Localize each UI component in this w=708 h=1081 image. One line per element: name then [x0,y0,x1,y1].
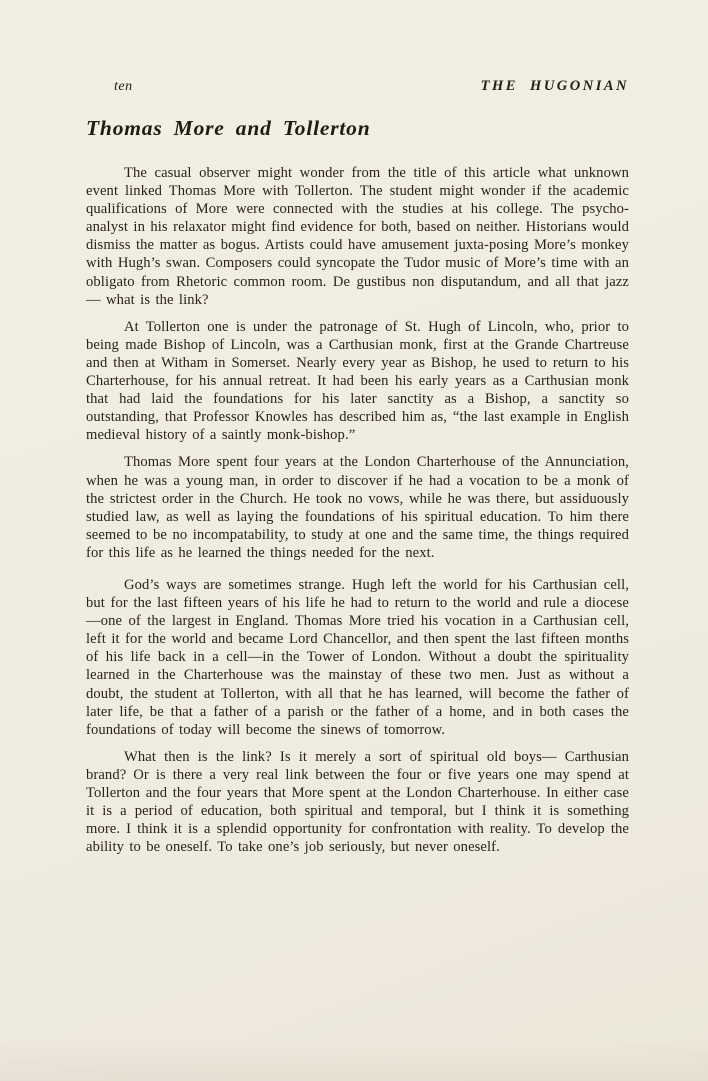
paragraph-1: The casual observer might wonder from th… [86,164,629,309]
page-number: ten [114,79,133,95]
page-header: ten THE HUGONIAN [86,78,629,95]
article-title: Thomas More and Tollerton [86,116,629,141]
paragraph-3: Thomas More spent four years at the Lond… [86,453,629,562]
paragraph-5: What then is the link? Is it merely a so… [86,748,629,857]
paper-edge-shading [0,1041,708,1081]
magazine-title: THE HUGONIAN [481,78,629,95]
article-body: The casual observer might wonder from th… [86,164,629,856]
paragraph-2: At Tollerton one is under the patronage … [86,318,629,445]
page-content: ten THE HUGONIAN Thomas More and Tollert… [86,0,629,865]
paragraph-4: God’s ways are sometimes strange. Hugh l… [86,576,629,739]
magazine-page: ten THE HUGONIAN Thomas More and Tollert… [0,0,708,1081]
